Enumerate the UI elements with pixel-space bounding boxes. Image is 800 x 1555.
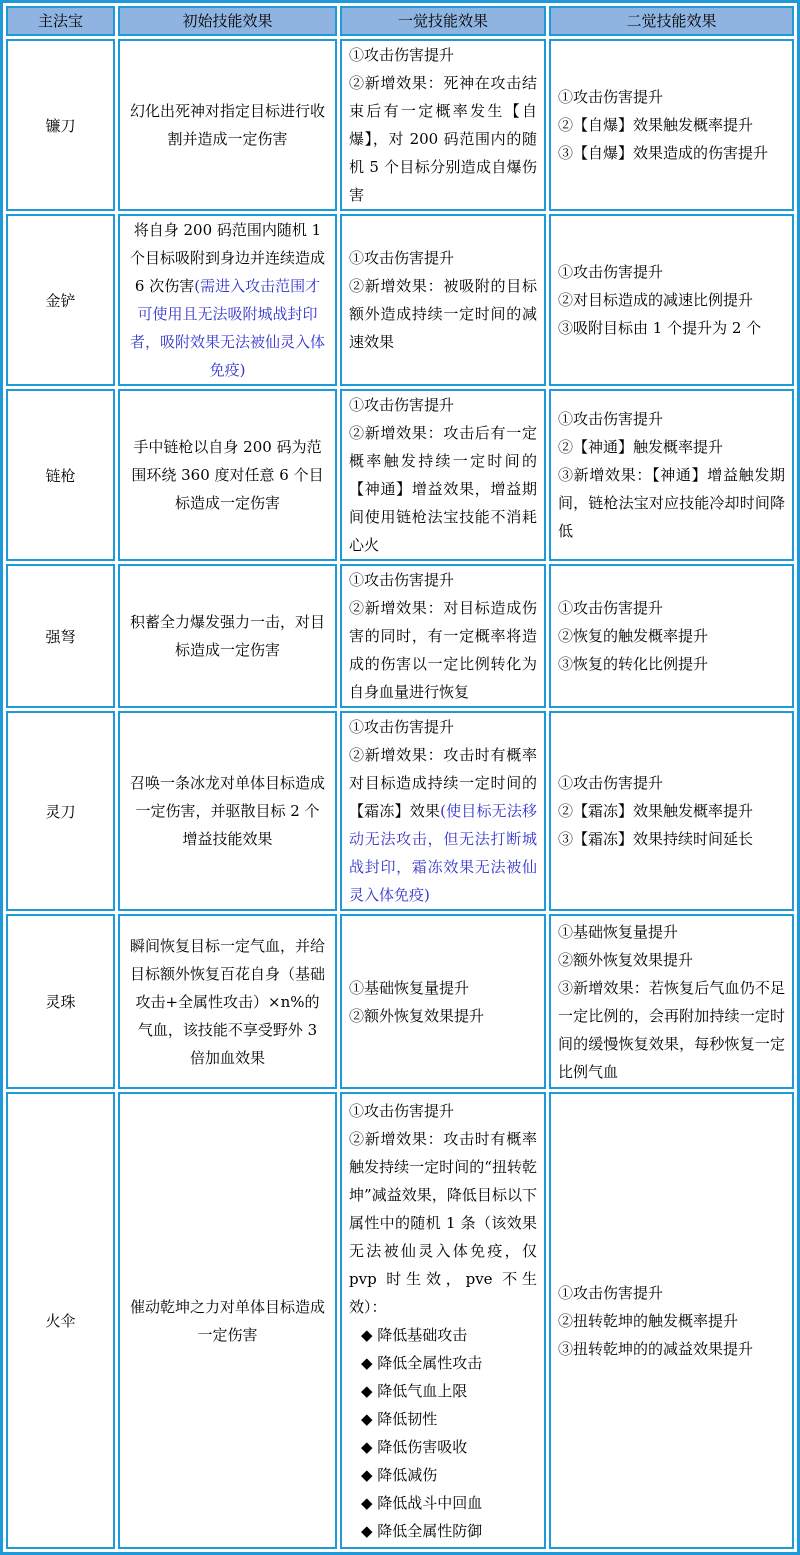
text-line: 召唤一条冰龙对单体目标造成一定伤害，并驱散目标 2 个增益技能效果 [130,769,325,853]
text-segment: ①攻击伤害提升 [558,599,663,617]
text-segment: ①攻击伤害提升 [558,410,663,428]
text-line: ②对目标造成的减速比例提升 [558,286,785,314]
text-line: ③扭转乾坤的的减益效果提升 [558,1335,785,1363]
bullet-line: ◆ 降低韧性 [349,1405,537,1433]
awaken2-skill-cell: ①攻击伤害提升②恢复的触发概率提升③恢复的转化比例提升 [549,564,794,708]
text-line: ①基础恢复量提升 [349,974,537,1002]
column-header: 初始技能效果 [118,6,337,36]
text-segment: ◆ 降低全属性攻击 [361,1354,482,1372]
text-line: 积蓄全力爆发强力一击，对目标造成一定伤害 [130,608,325,664]
text-line: ①攻击伤害提升 [349,391,537,419]
awaken1-skill-cell: ①基础恢复量提升②额外恢复效果提升 [340,914,546,1089]
text-segment: ①攻击伤害提升 [349,46,454,64]
text-segment: ①攻击伤害提升 [349,396,454,414]
text-line: ③吸附目标由 1 个提升为 2 个 [558,314,785,342]
bullet-line: ◆ 降低气血上限 [349,1377,537,1405]
text-segment: ③恢复的转化比例提升 [558,655,708,673]
text-segment: ②新增效果：攻击时有概率触发持续一定时间的“扭转乾坤”减益效果，降低目标以下属性… [349,1130,537,1316]
text-segment: ①攻击伤害提升 [558,263,663,281]
text-line: ②新增效果：对目标造成伤害的同时，有一定概率将造成的伤害以一定比例转化为自身血量… [349,594,537,706]
text-segment: ③新增效果：若恢复后气血仍不足一定比例的，会再附加持续一定时间的缓慢恢复效果，每… [558,979,785,1081]
text-line: 瞬间恢复目标一定气血，并给目标额外恢复百花自身（基础攻击+全属性攻击）×n%的气… [130,932,325,1072]
table-row: 强弩积蓄全力爆发强力一击，对目标造成一定伤害①攻击伤害提升②新增效果：对目标造成… [6,564,794,708]
treasure-name-cell: 强弩 [6,564,115,708]
table-row: 镰刀幻化出死神对指定目标进行收割并造成一定伤害①攻击伤害提升②新增效果：死神在攻… [6,39,794,211]
initial-skill-cell: 手中链枪以自身 200 码为范围环绕 360 度对任意 6 个目标造成一定伤害 [118,389,337,561]
text-line: ②恢复的触发概率提升 [558,622,785,650]
text-line: ②新增效果：死神在攻击结束后有一定概率发生【自爆】，对 200 码范围内的随机 … [349,69,537,209]
text-segment: ①攻击伤害提升 [349,249,454,267]
text-segment: ①攻击伤害提升 [558,88,663,106]
initial-skill-cell: 幻化出死神对指定目标进行收割并造成一定伤害 [118,39,337,211]
text-segment: ②恢复的触发概率提升 [558,627,708,645]
awaken2-skill-cell: ①攻击伤害提升②对目标造成的减速比例提升③吸附目标由 1 个提升为 2 个 [549,214,794,386]
text-line: ①攻击伤害提升 [558,769,785,797]
text-segment: ②【神通】触发概率提升 [558,438,723,456]
text-segment: 催动乾坤之力对单体目标造成一定伤害 [130,1298,325,1344]
text-segment: ◆ 降低气血上限 [361,1382,467,1400]
bullet-line: ◆ 降低战斗中回血 [349,1489,537,1517]
text-line: ③【霜冻】效果持续时间延长 [558,825,785,853]
table-row: 链枪手中链枪以自身 200 码为范围环绕 360 度对任意 6 个目标造成一定伤… [6,389,794,561]
text-line: ②新增效果：攻击时有概率对目标造成持续一定时间的【霜冻】效果(使目标无法移动无法… [349,741,537,909]
text-segment: 积蓄全力爆发强力一击，对目标造成一定伤害 [130,613,325,659]
text-segment: ①攻击伤害提升 [349,718,454,736]
text-line: ①攻击伤害提升 [558,1279,785,1307]
text-line: ①攻击伤害提升 [349,41,537,69]
text-segment: ②新增效果：死神在攻击结束后有一定概率发生【自爆】，对 200 码范围内的随机 … [349,74,537,204]
text-line: ③【自爆】效果造成的伤害提升 [558,139,785,167]
text-line: ③恢复的转化比例提升 [558,650,785,678]
text-line: ③新增效果：若恢复后气血仍不足一定比例的，会再附加持续一定时间的缓慢恢复效果，每… [558,974,785,1086]
text-segment: ②额外恢复效果提升 [558,951,693,969]
awaken2-skill-cell: ①攻击伤害提升②【自爆】效果触发概率提升③【自爆】效果造成的伤害提升 [549,39,794,211]
initial-skill-cell: 催动乾坤之力对单体目标造成一定伤害 [118,1092,337,1549]
text-segment: ①基础恢复量提升 [558,923,678,941]
text-line: ②额外恢复效果提升 [558,946,785,974]
text-segment: ②新增效果：对目标造成伤害的同时，有一定概率将造成的伤害以一定比例转化为自身血量… [349,599,537,701]
text-line: ②新增效果：攻击时有概率触发持续一定时间的“扭转乾坤”减益效果，降低目标以下属性… [349,1125,537,1321]
text-line: ①攻击伤害提升 [558,594,785,622]
text-line: ①攻击伤害提升 [558,83,785,111]
text-segment: ◆ 降低减伤 [361,1466,437,1484]
bullet-line: ◆ 降低全属性攻击 [349,1349,537,1377]
text-segment: ①基础恢复量提升 [349,979,469,997]
column-header: 二觉技能效果 [549,6,794,36]
text-segment: ◆ 降低全属性防御 [361,1522,482,1540]
text-line: ③新增效果：【神通】增益触发期间，链枪法宝对应技能冷却时间降低 [558,461,785,545]
text-line: ①攻击伤害提升 [349,713,537,741]
text-line: ②【霜冻】效果触发概率提升 [558,797,785,825]
table-row: 火伞催动乾坤之力对单体目标造成一定伤害①攻击伤害提升②新增效果：攻击时有概率触发… [6,1092,794,1549]
text-segment: ①攻击伤害提升 [349,571,454,589]
initial-skill-cell: 召唤一条冰龙对单体目标造成一定伤害，并驱散目标 2 个增益技能效果 [118,711,337,911]
text-segment: ③扭转乾坤的的减益效果提升 [558,1340,753,1358]
text-segment: ③新增效果：【神通】增益触发期间，链枪法宝对应技能冷却时间降低 [558,466,785,540]
bullet-line: ◆ 降低减伤 [349,1461,537,1489]
awaken2-skill-cell: ①攻击伤害提升②扭转乾坤的触发概率提升③扭转乾坤的的减益效果提升 [549,1092,794,1549]
text-segment: ◆ 降低战斗中回血 [361,1494,482,1512]
text-line: ②扭转乾坤的触发概率提升 [558,1307,785,1335]
treasure-name-cell: 镰刀 [6,39,115,211]
text-line: ②新增效果：攻击后有一定概率触发持续一定时间的【神通】增益效果，增益期间使用链枪… [349,419,537,559]
text-line: ①攻击伤害提升 [558,405,785,433]
text-segment: ◆ 降低伤害吸收 [361,1438,467,1456]
text-line: ②额外恢复效果提升 [349,1002,537,1030]
treasure-skill-table: 主法宝初始技能效果一觉技能效果二觉技能效果 镰刀幻化出死神对指定目标进行收割并造… [0,0,800,1555]
column-header: 主法宝 [6,6,115,36]
text-segment: ①攻击伤害提升 [558,774,663,792]
awaken1-skill-cell: ①攻击伤害提升②新增效果：攻击时有概率触发持续一定时间的“扭转乾坤”减益效果，降… [340,1092,546,1549]
text-segment: 幻化出死神对指定目标进行收割并造成一定伤害 [130,102,325,148]
awaken1-skill-cell: ①攻击伤害提升②新增效果：攻击后有一定概率触发持续一定时间的【神通】增益效果，增… [340,389,546,561]
text-line: 手中链枪以自身 200 码为范围环绕 360 度对任意 6 个目标造成一定伤害 [130,433,325,517]
text-segment: ③吸附目标由 1 个提升为 2 个 [558,319,761,337]
initial-skill-cell: 瞬间恢复目标一定气血，并给目标额外恢复百花自身（基础攻击+全属性攻击）×n%的气… [118,914,337,1089]
awaken1-skill-cell: ①攻击伤害提升②新增效果：被吸附的目标额外造成持续一定时间的减速效果 [340,214,546,386]
text-line: ①攻击伤害提升 [558,258,785,286]
initial-skill-cell: 积蓄全力爆发强力一击，对目标造成一定伤害 [118,564,337,708]
awaken1-skill-cell: ①攻击伤害提升②新增效果：攻击时有概率对目标造成持续一定时间的【霜冻】效果(使目… [340,711,546,911]
text-segment: 瞬间恢复目标一定气血，并给目标额外恢复百花自身（基础攻击+全属性攻击）×n%的气… [130,937,325,1067]
text-segment: ③【自爆】效果造成的伤害提升 [558,144,768,162]
awaken2-skill-cell: ①基础恢复量提升②额外恢复效果提升③新增效果：若恢复后气血仍不足一定比例的，会再… [549,914,794,1089]
text-segment: 手中链枪以自身 200 码为范围环绕 360 度对任意 6 个目标造成一定伤害 [131,438,323,512]
bullet-line: ◆ 降低伤害吸收 [349,1433,537,1461]
text-segment: ②扭转乾坤的触发概率提升 [558,1312,738,1330]
text-segment: 召唤一条冰龙对单体目标造成一定伤害，并驱散目标 2 个增益技能效果 [130,774,325,848]
table-row: 灵刀召唤一条冰龙对单体目标造成一定伤害，并驱散目标 2 个增益技能效果①攻击伤害… [6,711,794,911]
header-row: 主法宝初始技能效果一觉技能效果二觉技能效果 [6,6,794,36]
text-line: 催动乾坤之力对单体目标造成一定伤害 [130,1293,325,1349]
text-line: ①攻击伤害提升 [349,244,537,272]
text-segment: ②对目标造成的减速比例提升 [558,291,753,309]
text-segment: ②【自爆】效果触发概率提升 [558,116,753,134]
awaken2-skill-cell: ①攻击伤害提升②【神通】触发概率提升③新增效果：【神通】增益触发期间，链枪法宝对… [549,389,794,561]
awaken2-skill-cell: ①攻击伤害提升②【霜冻】效果触发概率提升③【霜冻】效果持续时间延长 [549,711,794,911]
treasure-name-cell: 火伞 [6,1092,115,1549]
text-line: ②【神通】触发概率提升 [558,433,785,461]
text-segment: ①攻击伤害提升 [558,1284,663,1302]
text-segment: ②【霜冻】效果触发概率提升 [558,802,753,820]
bullet-line: ◆ 降低基础攻击 [349,1321,537,1349]
text-segment: ①攻击伤害提升 [349,1102,454,1120]
text-line: ①基础恢复量提升 [558,918,785,946]
text-line: ②新增效果：被吸附的目标额外造成持续一定时间的减速效果 [349,272,537,356]
treasure-name-cell: 灵珠 [6,914,115,1089]
text-segment: ②额外恢复效果提升 [349,1007,484,1025]
awaken1-skill-cell: ①攻击伤害提升②新增效果：对目标造成伤害的同时，有一定概率将造成的伤害以一定比例… [340,564,546,708]
text-segment: ②新增效果：攻击后有一定概率触发持续一定时间的【神通】增益效果，增益期间使用链枪… [349,424,537,554]
text-segment: ③【霜冻】效果持续时间延长 [558,830,753,848]
text-line: 幻化出死神对指定目标进行收割并造成一定伤害 [130,97,325,153]
treasure-name-cell: 灵刀 [6,711,115,911]
text-line: ①攻击伤害提升 [349,1097,537,1125]
column-header: 一觉技能效果 [340,6,546,36]
treasure-name-cell: 链枪 [6,389,115,561]
table-row: 金铲将自身 200 码范围内随机 1 个目标吸附到身边并连续造成 6 次伤害(需… [6,214,794,386]
text-segment: ◆ 降低韧性 [361,1410,437,1428]
text-line: ①攻击伤害提升 [349,566,537,594]
treasure-name-cell: 金铲 [6,214,115,386]
initial-skill-cell: 将自身 200 码范围内随机 1 个目标吸附到身边并连续造成 6 次伤害(需进入… [118,214,337,386]
table-row: 灵珠瞬间恢复目标一定气血，并给目标额外恢复百花自身（基础攻击+全属性攻击）×n%… [6,914,794,1089]
text-line: ②【自爆】效果触发概率提升 [558,111,785,139]
text-segment: ◆ 降低基础攻击 [361,1326,467,1344]
text-segment: ②新增效果：被吸附的目标额外造成持续一定时间的减速效果 [349,277,537,351]
awaken1-skill-cell: ①攻击伤害提升②新增效果：死神在攻击结束后有一定概率发生【自爆】，对 200 码… [340,39,546,211]
text-line: 将自身 200 码范围内随机 1 个目标吸附到身边并连续造成 6 次伤害(需进入… [130,216,325,384]
bullet-line: ◆ 降低全属性防御 [349,1517,537,1545]
